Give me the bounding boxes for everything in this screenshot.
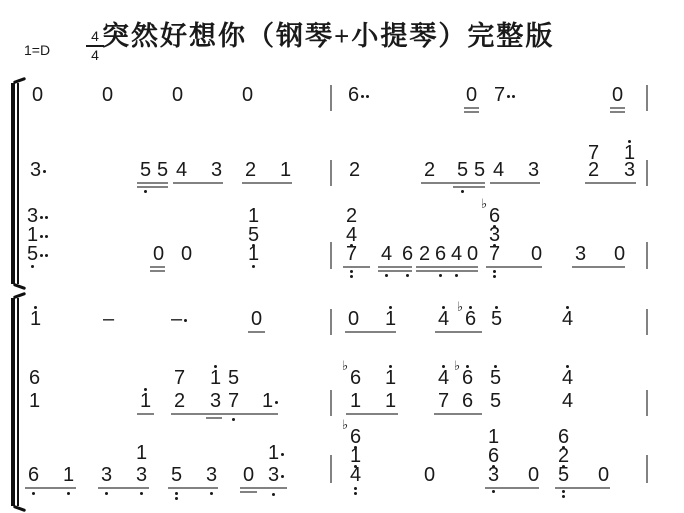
note-figure: 1: [385, 390, 396, 412]
note: 3: [27, 209, 38, 224]
note-figure: 6: [465, 308, 476, 330]
octave-duration-dot: [566, 365, 569, 368]
note: 2: [558, 449, 569, 464]
octave-duration-dot: [361, 95, 364, 98]
note: 6: [28, 468, 39, 483]
note-figure: 2: [588, 159, 599, 181]
note: 6: [488, 449, 499, 464]
note-figure: 5: [474, 159, 485, 181]
note: 1: [30, 312, 41, 327]
note-figure: 4: [438, 308, 449, 330]
octave-duration-dot: [562, 495, 565, 498]
beam-underline: [555, 487, 610, 489]
note-figure: 3: [30, 159, 41, 181]
barline: [646, 390, 648, 416]
note: 5: [490, 394, 501, 409]
note-figure: 5: [457, 159, 468, 181]
note: 6♭: [350, 371, 361, 386]
note: 1: [350, 394, 361, 409]
score-canvas: 0000607035543212255437213315001512474626…: [0, 0, 684, 513]
note: 4: [346, 228, 357, 243]
note: 6: [402, 247, 413, 262]
note-figure: 1: [210, 367, 221, 389]
note-figure: 6: [29, 367, 40, 389]
octave-duration-dot: [32, 492, 35, 495]
beam-underline: [585, 182, 636, 184]
note: 0: [467, 247, 478, 262]
note: 2: [588, 163, 599, 178]
beam-underline: [610, 107, 625, 109]
octave-duration-dot: [175, 497, 178, 500]
octave-duration-dot: [493, 270, 496, 273]
note: 7: [438, 394, 449, 409]
note: 5: [457, 163, 468, 178]
octave-duration-dot: [105, 492, 108, 495]
octave-duration-dot: [31, 265, 34, 268]
octave-duration-dot: [272, 493, 275, 496]
note: 3: [211, 163, 222, 178]
beam-underline: [434, 413, 482, 415]
barline: [330, 85, 332, 111]
note-figure: 7: [346, 243, 357, 265]
octave-duration-dot: [493, 275, 496, 278]
note: 0: [102, 88, 113, 103]
note: 4: [493, 163, 504, 178]
note-figure: 6: [348, 84, 359, 106]
note-figure: 1: [385, 367, 396, 389]
note: 0: [181, 247, 192, 262]
octave-duration-dot: [442, 306, 445, 309]
octave-duration-dot: [45, 254, 48, 257]
note: 5: [157, 163, 168, 178]
note: 1: [268, 446, 279, 461]
beam-underline: [173, 182, 223, 184]
octave-duration-dot: [350, 275, 353, 278]
octave-duration-dot: [45, 235, 48, 238]
octave-duration-dot: [442, 365, 445, 368]
note: 3: [528, 163, 539, 178]
beam-underline: [137, 182, 168, 184]
note: 1: [210, 371, 221, 386]
system-bracket-hook: [13, 283, 26, 290]
beam-underline: [378, 270, 412, 272]
note-figure: 4: [381, 243, 392, 265]
octave-duration-dot: [507, 95, 510, 98]
note: –: [171, 312, 182, 327]
note: 0: [531, 247, 542, 262]
octave-duration-dot: [184, 319, 187, 322]
system-bracket: [17, 83, 19, 284]
note-figure: 3: [136, 464, 147, 486]
note-figure: 1: [262, 390, 273, 412]
octave-duration-dot: [144, 190, 147, 193]
note-figure: 5: [157, 159, 168, 181]
beam-underline: [453, 186, 485, 188]
note-figure: 3: [206, 464, 217, 486]
note-figure: 0: [32, 84, 43, 106]
note-figure: 5: [558, 464, 569, 486]
note: 4: [562, 394, 573, 409]
note-figure: 4: [451, 243, 462, 265]
note-figure: 5: [228, 367, 239, 389]
note-figure: 6: [402, 243, 413, 265]
octave-duration-dot: [439, 274, 442, 277]
note: 6: [435, 247, 446, 262]
octave-duration-dot: [389, 306, 392, 309]
octave-duration-dot: [281, 475, 284, 478]
note: 6♭: [489, 209, 500, 224]
note-figure: 1: [280, 159, 291, 181]
note: 2: [349, 163, 360, 178]
note-figure: 1: [63, 464, 74, 486]
note: 7: [174, 371, 185, 386]
note: 1: [63, 468, 74, 483]
beam-underline: [485, 487, 539, 489]
note: 1: [488, 430, 499, 445]
note: 0: [242, 88, 253, 103]
octave-duration-dot: [175, 492, 178, 495]
octave-duration-dot: [406, 274, 409, 277]
note: 1: [385, 394, 396, 409]
beam-underline: [610, 111, 625, 113]
note-figure: 4: [562, 367, 573, 389]
octave-duration-dot: [34, 306, 37, 309]
beam-underline: [150, 270, 165, 272]
note: 5: [27, 247, 38, 262]
beam-underline: [435, 331, 482, 333]
octave-duration-dot: [366, 95, 369, 98]
note-figure: 0: [243, 464, 254, 486]
note: 6: [462, 394, 473, 409]
octave-duration-dot: [354, 487, 357, 490]
note: 5: [491, 312, 502, 327]
barline: [330, 309, 332, 335]
note: 0: [614, 247, 625, 262]
barline: [330, 160, 332, 186]
note-figure: 4: [562, 390, 573, 412]
note: 3: [30, 163, 41, 178]
note-figure: 7: [174, 367, 185, 389]
octave-duration-dot: [232, 418, 235, 421]
beam-underline: [98, 487, 149, 489]
note: 4: [176, 163, 187, 178]
note: 1: [385, 312, 396, 327]
note: 6♭: [350, 430, 361, 445]
note-figure: 1: [350, 390, 361, 412]
note: 6: [348, 88, 359, 103]
octave-duration-dot: [492, 490, 495, 493]
note-figure: 2: [349, 159, 360, 181]
octave-duration-dot: [281, 453, 284, 456]
octave-duration-dot: [40, 254, 43, 257]
octave-duration-dot: [494, 365, 497, 368]
note-figure: 0: [467, 243, 478, 265]
note-figure: 1: [248, 243, 259, 265]
octave-duration-dot: [350, 270, 353, 273]
flat-icon: ♭: [481, 199, 487, 209]
note-figure: 1: [140, 390, 151, 412]
note-figure: 0: [102, 84, 113, 106]
note-figure: 2: [424, 159, 435, 181]
sheet-music-page: 1=D 4 4 突然好想你（钢琴+小提琴）完整版 000060703554321…: [0, 0, 684, 513]
barline: [646, 160, 648, 186]
beam-underline: [137, 186, 168, 188]
beam-underline: [171, 413, 278, 415]
note: 4: [562, 371, 573, 386]
beam-underline: [242, 182, 292, 184]
note: 2: [424, 163, 435, 178]
octave-duration-dot: [210, 492, 213, 495]
note-figure: 1: [268, 442, 279, 464]
note-figure: –: [171, 308, 182, 330]
note: 6♭: [465, 312, 476, 327]
note: 0: [612, 88, 623, 103]
note-figure: 1: [136, 442, 147, 464]
note-figure: 0: [242, 84, 253, 106]
octave-duration-dot: [144, 388, 147, 391]
note: 5: [228, 371, 239, 386]
beam-underline: [150, 266, 165, 268]
beam-underline: [346, 413, 398, 415]
note: 4: [381, 247, 392, 262]
note-figure: 3: [528, 159, 539, 181]
note-figure: 0: [612, 84, 623, 106]
note-figure: 1: [29, 390, 40, 412]
barline: [646, 242, 648, 269]
note: 1: [248, 209, 259, 224]
note: 0: [251, 312, 262, 327]
note-figure: 2: [245, 159, 256, 181]
barline: [646, 85, 648, 111]
octave-duration-dot: [389, 365, 392, 368]
note-figure: 6: [462, 390, 473, 412]
note: 1: [140, 394, 151, 409]
note: –: [103, 312, 114, 327]
note: 3: [101, 468, 112, 483]
octave-duration-dot: [43, 170, 46, 173]
octave-duration-dot: [354, 492, 357, 495]
note: 2: [346, 209, 357, 224]
beam-underline: [168, 487, 218, 489]
note: 7: [489, 247, 500, 262]
note: 0: [348, 312, 359, 327]
note-figure: 0: [528, 464, 539, 486]
beam-underline: [25, 487, 76, 489]
system-bracket: [17, 298, 19, 506]
beam-underline: [240, 487, 287, 489]
note-figure: 5: [490, 367, 501, 389]
note: 0: [172, 88, 183, 103]
note: 0: [243, 468, 254, 483]
note: 2: [245, 163, 256, 178]
note: 5: [474, 163, 485, 178]
note: 6♭: [462, 371, 473, 386]
octave-duration-dot: [385, 274, 388, 277]
note: 0: [153, 247, 164, 262]
note: 1: [350, 449, 361, 464]
beam-underline: [464, 111, 479, 113]
note: 6: [558, 430, 569, 445]
octave-duration-dot: [566, 306, 569, 309]
note: 7: [228, 394, 239, 409]
octave-duration-dot: [252, 265, 255, 268]
octave-duration-dot: [461, 190, 464, 193]
note-figure: 2: [419, 243, 430, 265]
note-figure: 0: [424, 464, 435, 486]
note-figure: 6: [462, 367, 473, 389]
note-figure: 1: [30, 308, 41, 330]
beam-underline: [343, 266, 370, 268]
system-bracket: [11, 83, 15, 284]
octave-duration-dot: [628, 140, 631, 143]
note-figure: 4: [562, 308, 573, 330]
octave-duration-dot: [40, 235, 43, 238]
note: 5: [248, 228, 259, 243]
note-figure: 2: [174, 390, 185, 412]
beam-underline: [464, 107, 479, 109]
note: 2: [174, 394, 185, 409]
note: 3: [136, 468, 147, 483]
note-figure: 0: [531, 243, 542, 265]
note: 1: [385, 371, 396, 386]
note: 3: [489, 228, 500, 243]
note-figure: 6: [28, 464, 39, 486]
octave-duration-dot: [214, 365, 217, 368]
note: 0: [528, 468, 539, 483]
note-figure: 3: [268, 464, 279, 486]
octave-duration-dot: [140, 492, 143, 495]
note: 0: [424, 468, 435, 483]
beam-underline: [572, 266, 625, 268]
note: 7: [346, 247, 357, 262]
note-figure: 0: [598, 464, 609, 486]
note-figure: 3: [624, 159, 635, 181]
octave-duration-dot: [562, 490, 565, 493]
system-bracket: [11, 298, 15, 506]
note: 1: [27, 228, 38, 243]
note: 3: [210, 394, 221, 409]
note: 0: [466, 88, 477, 103]
beam-underline: [490, 182, 540, 184]
flat-icon: ♭: [342, 361, 348, 371]
beam-underline: [137, 413, 154, 415]
note-figure: 5: [27, 243, 38, 265]
note: 3: [575, 247, 586, 262]
note: 0: [598, 468, 609, 483]
flat-icon: ♭: [342, 420, 348, 430]
note-figure: 0: [466, 84, 477, 106]
note: 4: [350, 468, 361, 483]
note-figure: 6: [435, 243, 446, 265]
note: 1: [29, 394, 40, 409]
note: 5: [558, 468, 569, 483]
system-bracket-hook: [13, 77, 26, 84]
note-figure: 6: [350, 367, 361, 389]
beam-underline: [421, 182, 485, 184]
beam-underline: [345, 331, 396, 333]
octave-duration-dot: [512, 95, 515, 98]
note-figure: 3: [488, 464, 499, 486]
note-figure: –: [103, 308, 114, 330]
barline: [330, 390, 332, 416]
beam-underline: [486, 266, 542, 268]
octave-duration-dot: [466, 365, 469, 368]
note-figure: 0: [614, 243, 625, 265]
note-figure: 7: [494, 84, 505, 106]
note-figure: 0: [153, 243, 164, 265]
note-figure: 3: [575, 243, 586, 265]
barline: [646, 455, 648, 483]
note-figure: 3: [211, 159, 222, 181]
octave-duration-dot: [67, 492, 70, 495]
flat-icon: ♭: [457, 302, 463, 312]
note-figure: 5: [171, 464, 182, 486]
beam-underline: [248, 331, 265, 333]
beam-underline: [206, 417, 222, 419]
note-figure: 0: [181, 243, 192, 265]
octave-duration-dot: [45, 216, 48, 219]
beam-underline: [416, 266, 478, 268]
note: 4: [438, 371, 449, 386]
beam-underline: [378, 266, 412, 268]
note-figure: 0: [251, 308, 262, 330]
note: 3: [624, 163, 635, 178]
note: 4: [562, 312, 573, 327]
note-figure: 4: [350, 464, 361, 486]
octave-duration-dot: [495, 306, 498, 309]
note: 1: [262, 394, 273, 409]
note-figure: 3: [101, 464, 112, 486]
note: 1: [280, 163, 291, 178]
note-figure: 4: [176, 159, 187, 181]
note-figure: 7: [489, 243, 500, 265]
note: 5: [171, 468, 182, 483]
note: 5: [140, 163, 151, 178]
note-figure: 5: [140, 159, 151, 181]
note-figure: 4: [438, 367, 449, 389]
note: 6: [29, 371, 40, 386]
barline: [330, 455, 332, 483]
note-figure: 1: [385, 308, 396, 330]
beam-underline: [240, 491, 257, 493]
note-figure: 4: [493, 159, 504, 181]
note: 3: [206, 468, 217, 483]
system-bracket-hook: [13, 292, 26, 299]
note: 7: [494, 88, 505, 103]
note-figure: 5: [490, 390, 501, 412]
note-figure: 3: [210, 390, 221, 412]
note: 3: [488, 468, 499, 483]
note: 0: [32, 88, 43, 103]
note-figure: 0: [172, 84, 183, 106]
octave-duration-dot: [455, 274, 458, 277]
octave-duration-dot: [40, 216, 43, 219]
note-figure: 7: [228, 390, 239, 412]
octave-duration-dot: [469, 306, 472, 309]
system-bracket-hook: [13, 505, 26, 512]
octave-duration-dot: [275, 401, 278, 404]
note-figure: 5: [491, 308, 502, 330]
note: 5: [490, 371, 501, 386]
barline: [646, 309, 648, 335]
beam-underline: [416, 270, 478, 272]
note-figure: 0: [348, 308, 359, 330]
note: 1: [136, 446, 147, 461]
note: 4: [438, 312, 449, 327]
note: 1: [248, 247, 259, 262]
note: 3: [268, 468, 279, 483]
flat-icon: ♭: [454, 361, 460, 371]
